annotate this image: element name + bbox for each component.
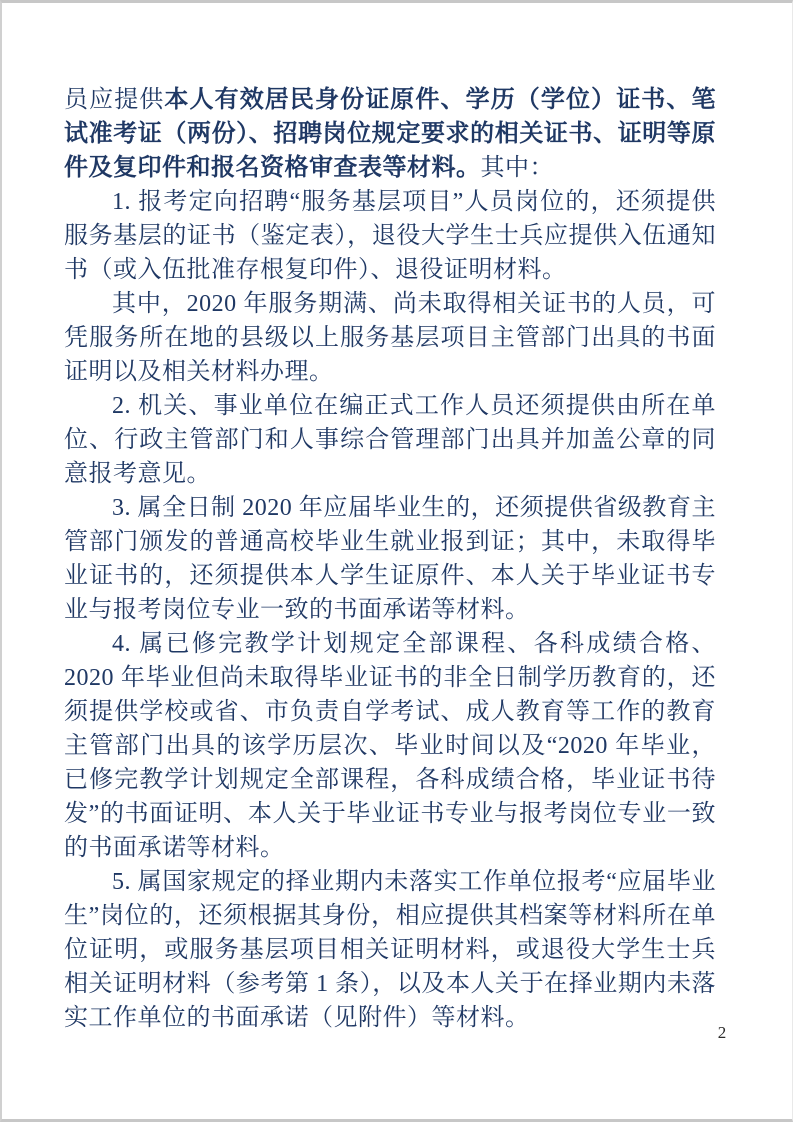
paragraph-continuation-lead: 员应提供: [64, 87, 164, 113]
paragraph-item-2: 2. 机关、事业单位在编正式工作人员还须提供由所在单位、行政主管部门和人事综合管…: [64, 389, 716, 491]
paragraph-item-1: 1. 报考定向招聘“服务基层项目”人员岗位的，还须提供服务基层的证书（鉴定表），…: [64, 185, 716, 287]
page-number: 2: [710, 1023, 734, 1043]
paragraph-item-5: 5. 属国家规定的择业期内未落实工作单位报考“应届毕业生”岗位的，还须根据其身份…: [64, 865, 716, 1035]
paragraph-continuation: 员应提供本人有效居民身份证原件、学历（学位）证书、笔试准考证（两份）、招聘岗位规…: [64, 83, 716, 185]
document-page: 员应提供本人有效居民身份证原件、学历（学位）证书、笔试准考证（两份）、招聘岗位规…: [0, 0, 793, 1122]
paragraph-continuation-tail: 其中：: [481, 155, 555, 181]
paragraph-item-4: 4. 属已修完教学计划规定全部课程、各科成绩合格、2020 年毕业但尚未取得毕业…: [64, 627, 716, 865]
paragraph-item-1-note: 其中，2020 年服务期满、尚未取得相关证书的人员，可凭服务所在地的县级以上服务…: [64, 287, 716, 389]
document-body: 员应提供本人有效居民身份证原件、学历（学位）证书、笔试准考证（两份）、招聘岗位规…: [64, 83, 716, 1035]
paragraph-item-3: 3. 属全日制 2020 年应届毕业生的，还须提供省级教育主管部门颁发的普通高校…: [64, 491, 716, 627]
